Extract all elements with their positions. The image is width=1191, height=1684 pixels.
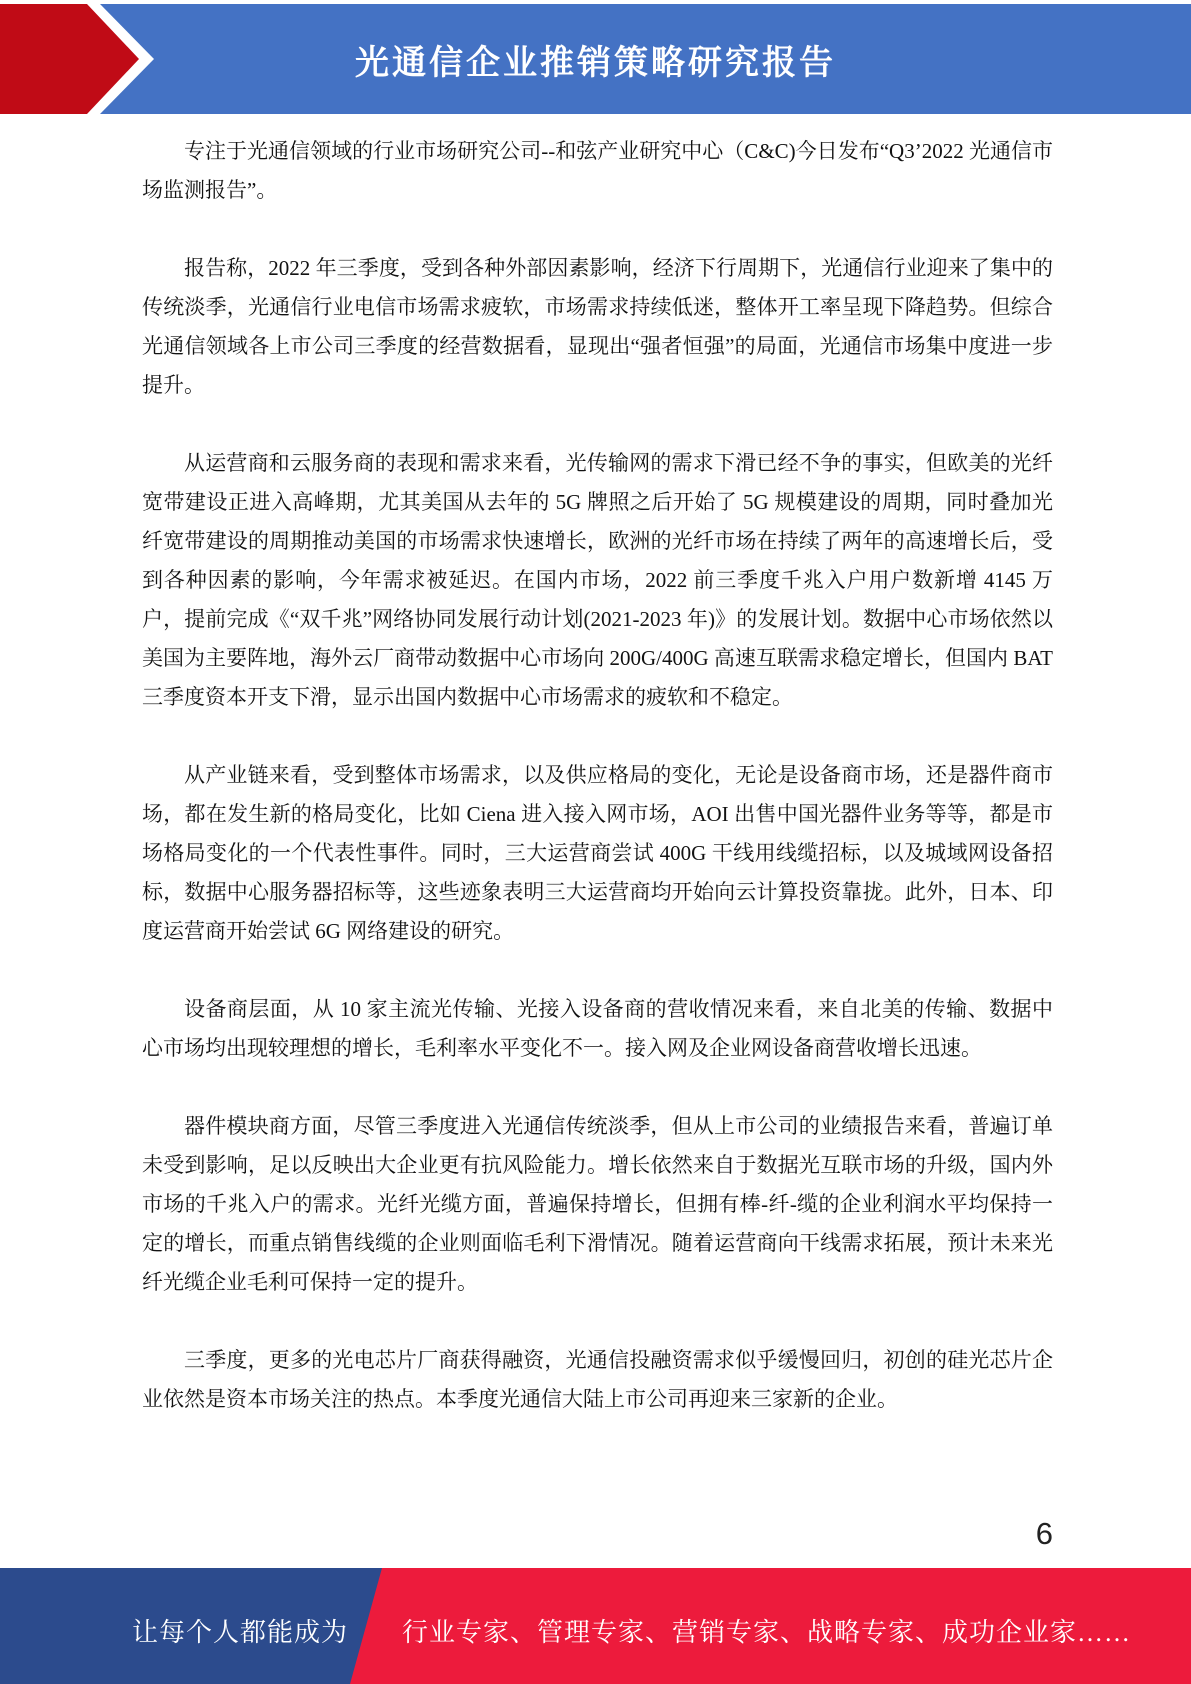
paragraph-operators: 从运营商和云服务商的表现和需求来看，光传输网的需求下滑已经不争的事实，但欧美的光… [142, 444, 1053, 717]
ribbon-arrow-icon [0, 4, 165, 114]
header-bar: 光通信企业推销策略研究报告 [0, 4, 1191, 114]
page-number: 6 [1036, 1516, 1053, 1552]
paragraph-financing: 三季度，更多的光电芯片厂商获得融资，光通信投融资需求似乎缓慢回归，初创的硅光芯片… [142, 1341, 1053, 1419]
report-body: 专注于光通信领域的行业市场研究公司--和弦产业研究中心（C&C)今日发布“Q3’… [142, 132, 1053, 1458]
document-page: 光通信企业推销策略研究报告 专注于光通信领域的行业市场研究公司--和弦产业研究中… [0, 0, 1191, 1684]
footer-banner: 让每个人都能成为 行业专家、管理专家、营销专家、战略专家、成功企业家…… [0, 1568, 1191, 1684]
paragraph-supply-chain: 从产业链来看，受到整体市场需求，以及供应格局的变化，无论是设备商市场，还是器件商… [142, 756, 1053, 951]
footer-left-slogan: 让每个人都能成为 [0, 1612, 348, 1649]
paragraph-components: 器件模块商方面，尽管三季度进入光通信传统淡季，但从上市公司的业绩报告来看，普遍订… [142, 1107, 1053, 1302]
page-title: 光通信企业推销策略研究报告 [0, 4, 1191, 114]
footer-right-slogan: 行业专家、管理专家、营销专家、战略专家、成功企业家…… [402, 1612, 1131, 1649]
paragraph-overview: 报告称，2022 年三季度，受到各种外部因素影响，经济下行周期下，光通信行业迎来… [142, 249, 1053, 405]
paragraph-equipment: 设备商层面，从 10 家主流光传输、光接入设备商的营收情况来看，来自北美的传输、… [142, 990, 1053, 1068]
paragraph-intro: 专注于光通信领域的行业市场研究公司--和弦产业研究中心（C&C)今日发布“Q3’… [142, 132, 1053, 210]
